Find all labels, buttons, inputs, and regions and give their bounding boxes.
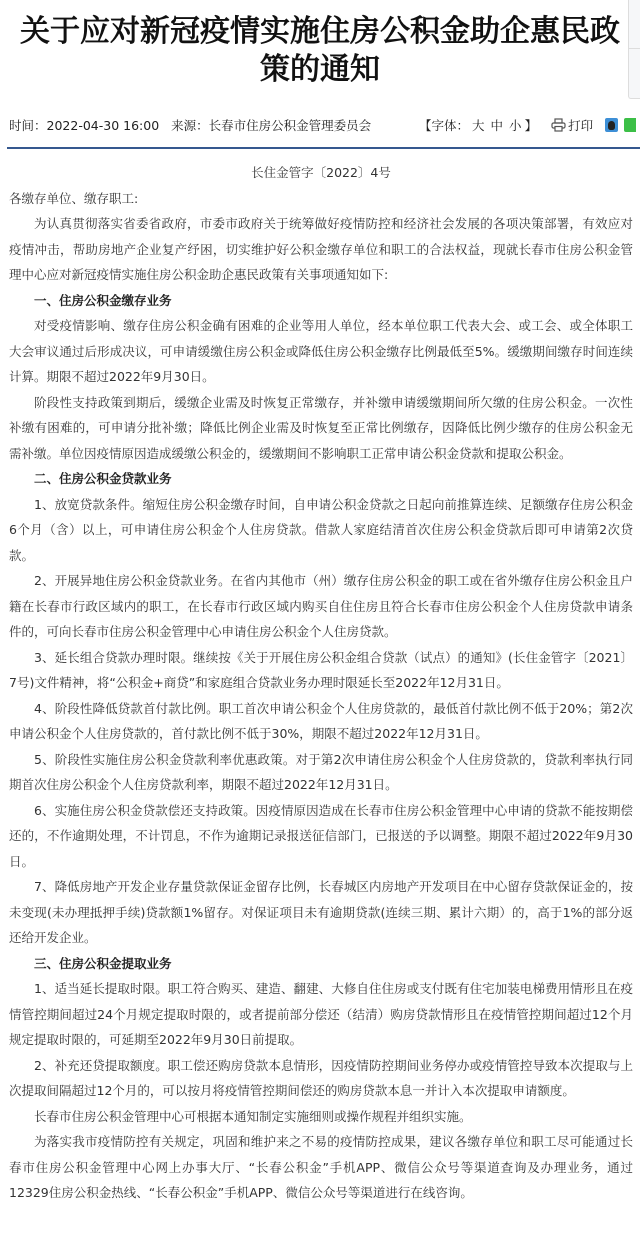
source-label: 来源： xyxy=(171,118,209,133)
section-heading: 二、住房公积金贷款业务 xyxy=(9,466,633,492)
section-heading: 三、住房公积金提取业务 xyxy=(9,951,633,977)
source: 来源：长春市住房公积金管理委员会 xyxy=(171,116,371,134)
font-size-small[interactable]: 小 xyxy=(509,118,522,133)
paragraph: 6、实施住房公积金贷款偿还支持政策。因疫情原因造成在长春市住房公积金管理中心申请… xyxy=(9,798,633,875)
floating-side-toolbar[interactable] xyxy=(628,0,640,99)
paragraph: 2、补充还贷提取额度。职工偿还购房贷款本息情形，因疫情防控期间业务停办或疫情管控… xyxy=(9,1053,633,1104)
section-heading: 一、住房公积金缴存业务 xyxy=(9,288,633,314)
article-tools: 【字体：大中小】 打印 xyxy=(419,116,636,134)
salutation: 各缴存单位、缴存职工: xyxy=(9,186,633,212)
closing-paragraph: 长春市住房公积金管理中心可根据本通知制定实施细则或操作规程并组织实施。 xyxy=(9,1104,633,1130)
font-size-label: 【字体： xyxy=(419,118,469,133)
intro-paragraph: 为认真贯彻落实省委省政府，市委市政府关于统筹做好疫情防控和经济社会发展的各项决策… xyxy=(9,211,633,288)
paragraph: 7、降低房地产开发企业存量贷款保证金留存比例，长春城区内房地产开发项目在中心留存… xyxy=(9,874,633,951)
source-value: 长春市住房公积金管理委员会 xyxy=(209,118,372,133)
article-body: 长住金管字〔2022〕4号 各缴存单位、缴存职工: 为认真贯彻落实省委省政府，市… xyxy=(9,160,633,1206)
paragraph: 3、延长组合贷款办理时限。继续按《关于开展住房公积金组合贷款（试点）的通知》(长… xyxy=(9,645,633,696)
paragraph: 2、开展异地住房公积金贷款业务。在省内其他市（州）缴存住房公积金的职工或在省外缴… xyxy=(9,568,633,645)
paragraph: 阶段性支持政策到期后，缓缴企业需及时恢复正常缴存，并补缴申请缓缴期间所欠缴的住房… xyxy=(9,390,633,467)
share-wechat-icon[interactable] xyxy=(624,118,636,132)
header-divider xyxy=(7,147,640,149)
document-number: 长住金管字〔2022〕4号 xyxy=(9,160,633,186)
article-meta: 时间：2022-04-30 16:00 来源：长春市住房公积金管理委员会 【字体… xyxy=(9,114,640,136)
publish-time: 时间：2022-04-30 16:00 xyxy=(9,116,159,134)
paragraph: 1、适当延长提取时限。职工符合购买、建造、翻建、大修自住住房或支付既有住宅加装电… xyxy=(9,976,633,1053)
time-label: 时间： xyxy=(9,118,47,133)
paragraph: 5、阶段性实施住房公积金贷款利率优惠政策。对于第2次申请住房公积金个人住房贷款的… xyxy=(9,747,633,798)
font-size-selector: 【字体：大中小】 xyxy=(419,116,537,134)
print-button[interactable]: 打印 xyxy=(551,116,593,134)
print-label: 打印 xyxy=(568,116,593,134)
time-value: 2022-04-30 16:00 xyxy=(47,118,160,133)
closing-paragraph: 为落实我市疫情防控有关规定，巩固和维护来之不易的疫情防控成果，建议各缴存单位和职… xyxy=(9,1129,633,1206)
divider xyxy=(629,48,640,49)
paragraph: 对受疫情影响、缴存住房公积金确有困难的企业等用人单位，经本单位职工代表大会、或工… xyxy=(9,313,633,390)
share-qq-icon[interactable] xyxy=(605,118,618,132)
font-size-medium[interactable]: 中 xyxy=(491,118,504,133)
page-title: 关于应对新冠疫情实施住房公积金助企惠民政策的通知 xyxy=(10,0,630,89)
paragraph: 4、阶段性降低贷款首付款比例。职工首次申请公积金个人住房贷款的，最低首付款比例不… xyxy=(9,696,633,747)
printer-icon xyxy=(551,118,566,132)
font-size-bracket: 】 xyxy=(525,118,538,133)
paragraph: 1、放宽贷款条件。缩短住房公积金缴存时间，自申请公积金贷款之日起向前推算连续、足… xyxy=(9,492,633,569)
font-size-large[interactable]: 大 xyxy=(472,118,485,133)
